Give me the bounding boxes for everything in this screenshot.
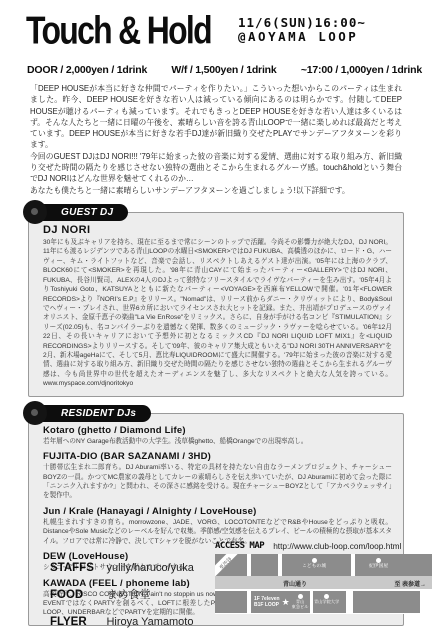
- landmark-kodomo-label: こどもの城: [302, 564, 326, 570]
- event-datetime: 11/6(SUN)16:00~: [238, 16, 366, 30]
- staffs-label: STAFFS: [50, 562, 102, 574]
- event-when-where: 11/6(SUN)16:00~ @AOYAMA LOOP: [238, 16, 366, 44]
- landmark-kinokuniya: 紀伊国屋: [369, 558, 388, 570]
- guest-dj-tab: GUEST DJ: [29, 204, 128, 221]
- guest-dj-name: DJ NORI: [43, 224, 392, 236]
- resident-dj-name: Jun / Krale (Hanayagi / Alnighty / LoveH…: [43, 506, 392, 517]
- intro-paragraph-3: あなたも僕たちと一緒に素晴らしいサンデーアフタヌーンを過ごしましょう!以下詳細で…: [30, 185, 402, 196]
- credit-row-staffs: STAFFS yulily/haruco/yuka: [50, 558, 194, 576]
- resident-dj-name: Kotaro (ghetto / Diamond Life): [43, 425, 392, 436]
- access-map-header: ACCESS MAP http://www.club-loop.com/loop…: [215, 541, 432, 551]
- credit-row-flyer: FLYER Hiroya Yamamoto: [50, 612, 194, 630]
- resident-dj-entry: Kotaro (ghetto / Diamond Life) 若年層へのNY G…: [43, 425, 392, 446]
- intro-paragraph-1: 「DEEP HOUSEが本当に好きな仲間でパーティを作りたい。」こういった想いか…: [30, 83, 402, 151]
- resident-dj-bio: 若年層へのNY Garage布教活動中の大学生。浅草橋ghetto、船橋Oran…: [43, 437, 392, 446]
- landmark-kinokuniya-label: 紀伊国屋: [369, 564, 388, 570]
- building-label-line2: 東急ビル: [292, 605, 309, 610]
- landmark-building: 青山 東急ビル: [292, 594, 309, 610]
- flyer-value: Hiroya Yamamoto: [106, 616, 193, 628]
- bullet-circle-icon: [23, 200, 47, 224]
- flyer-label: FLYER: [50, 616, 102, 628]
- event-title: Touch & Hold: [26, 10, 211, 54]
- price-door: DOOR / 2,000yen / 1drink: [27, 64, 147, 76]
- map-block: [251, 554, 278, 576]
- guest-dj-box: DJ NORI 30年にも及ぶキャリアを持ち、現在に至るまで常にシーンのトップで…: [28, 212, 404, 397]
- access-map: 至渋谷 こどもの城 紀伊国屋 青山通り: [215, 554, 432, 614]
- staffs-value: yulily/haruco/yuka: [106, 562, 193, 574]
- map-block: 青山学院大学: [313, 591, 346, 613]
- map-block: [353, 591, 420, 613]
- guest-dj-bio-text: 30年にも及ぶキャリアを持ち、現在に至るまで常にシーンのトップで活躍。今尚その影…: [43, 239, 392, 378]
- loop-floor-b1f: B1F LOOP: [254, 602, 280, 608]
- loop-venue-inner: 1F 7eleven B1F LOOP ★ 青山 東急ビル: [251, 591, 310, 613]
- bullet-circle-icon: [23, 401, 47, 425]
- resident-dj-entry: FUJITA-DIO (BAR SAZANAMI / 3HD) 十勝帯広生まれ二…: [43, 451, 392, 501]
- aoyama-dori-road: 青山通り 至 表参道→: [215, 576, 432, 589]
- access-map-url-link[interactable]: http://www.club-loop.com/loop.html: [273, 541, 401, 551]
- university-label: 青山学院大学: [314, 600, 339, 605]
- loop-venue-label: 1F 7eleven B1F LOOP: [254, 596, 280, 609]
- price-line: DOOR / 2,000yen / 1drink W/f / 1,500yen …: [27, 64, 422, 76]
- guest-dj-section: GUEST DJ DJ NORI 30年にも及ぶキャリアを持ち、現在に至るまで常…: [28, 212, 404, 397]
- intro-text: 「DEEP HOUSEが本当に好きな仲間でパーティを作りたい。」こういった想いか…: [30, 83, 402, 196]
- map-block: 紀伊国屋: [355, 554, 432, 576]
- access-map-label: ACCESS MAP: [215, 541, 264, 551]
- landmark-dot-icon: [312, 558, 317, 563]
- event-venue: @AOYAMA LOOP: [238, 30, 366, 44]
- flyer-page: Touch & Hold 11/6(SUN)16:00~ @AOYAMA LOO…: [0, 0, 432, 640]
- road-name-label: 青山通り: [283, 579, 307, 588]
- landmark-kodomo: こどもの城: [302, 558, 326, 570]
- landmark-dot-icon: [376, 558, 381, 563]
- map-block: 至渋谷: [215, 554, 247, 576]
- food-value: まめ食堂: [106, 589, 150, 601]
- map-block: こどもの城: [282, 554, 351, 576]
- resident-dj-bio: 十勝帯広生まれ二郎育ち。DJ Aburami率いる、特定の具材を持たない自由なラ…: [43, 463, 392, 501]
- to-omotesando-label: 至 表参道→: [394, 579, 426, 588]
- food-label: FOOD: [50, 589, 102, 601]
- credit-row-food: FOOD まめ食堂: [50, 585, 194, 603]
- price-with-flyer: W/f / 1,500yen / 1drink: [171, 64, 276, 76]
- guest-dj-tab-label: GUEST DJ: [61, 207, 113, 218]
- diagonal-road-label: 至渋谷: [218, 556, 234, 572]
- landmark-university: 青山学院大学: [314, 594, 339, 605]
- resident-dj-name: FUJITA-DIO (BAR SAZANAMI / 3HD): [43, 451, 392, 462]
- myspace-url-link[interactable]: www.myspace.com/djnoritokyo: [43, 380, 133, 387]
- resident-djs-tab: RESIDENT DJs: [29, 405, 151, 422]
- credits-list: STAFFS yulily/haruco/yuka FOOD まめ食堂 FLYE…: [50, 558, 194, 639]
- price-before-17: ~17:00 / 1,000yen / 1drink: [301, 64, 422, 76]
- flyer-footer: STAFFS yulily/haruco/yuka FOOD まめ食堂 FLYE…: [0, 541, 432, 640]
- guest-dj-bio: 30年にも及ぶキャリアを持ち、現在に至るまで常にシーンのトップで活躍。今尚その影…: [43, 238, 392, 389]
- access-map-section: ACCESS MAP http://www.club-loop.com/loop…: [215, 541, 432, 614]
- intro-paragraph-2: 今回のGUEST DJはDJ NORI!!! '79年に始まった彼の音楽に対する…: [30, 151, 402, 185]
- loop-star-icon: ★: [282, 597, 290, 608]
- flyer-header: Touch & Hold 11/6(SUN)16:00~ @AOYAMA LOO…: [0, 0, 432, 60]
- map-block: [215, 591, 247, 613]
- resident-djs-tab-label: RESIDENT DJs: [61, 408, 136, 419]
- loop-venue-block: 1F 7eleven B1F LOOP ★ 青山 東急ビル: [251, 591, 310, 613]
